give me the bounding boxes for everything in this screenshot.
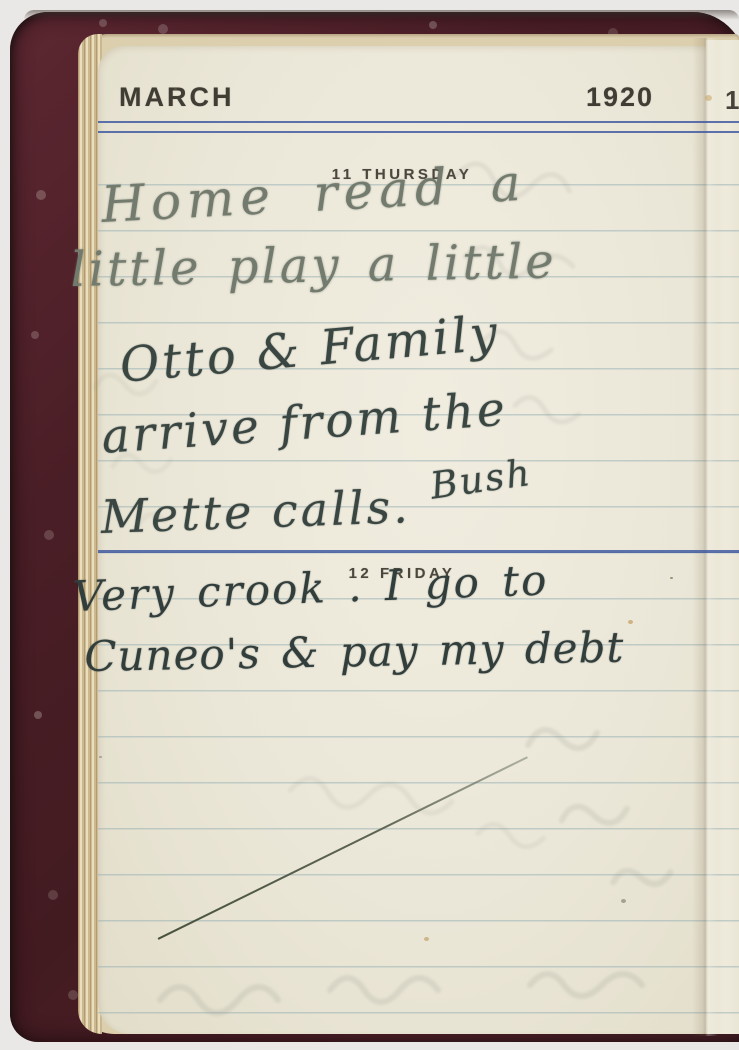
- header-double-rule-top: [98, 121, 739, 123]
- gutter-fold: [692, 38, 718, 1036]
- diary-photo: MARCH 1920 1 11 THURSDAY Home read a lit…: [0, 0, 739, 1050]
- entry-divider-rule: [98, 550, 739, 553]
- handwriting-friday-line2: Cuneo's & pay my debt: [84, 627, 625, 678]
- facing-page-partial-digit: 1: [725, 85, 739, 116]
- month-heading: MARCH: [119, 82, 235, 113]
- cover-worn-edge: [24, 10, 739, 20]
- handwriting-thursday-line6: Mette calls.: [100, 483, 411, 540]
- foxing-spots: [628, 620, 633, 624]
- handwriting-thursday-line2: little play a little: [70, 238, 557, 294]
- header-double-rule-bottom: [98, 131, 739, 133]
- year-heading: 1920: [586, 82, 654, 113]
